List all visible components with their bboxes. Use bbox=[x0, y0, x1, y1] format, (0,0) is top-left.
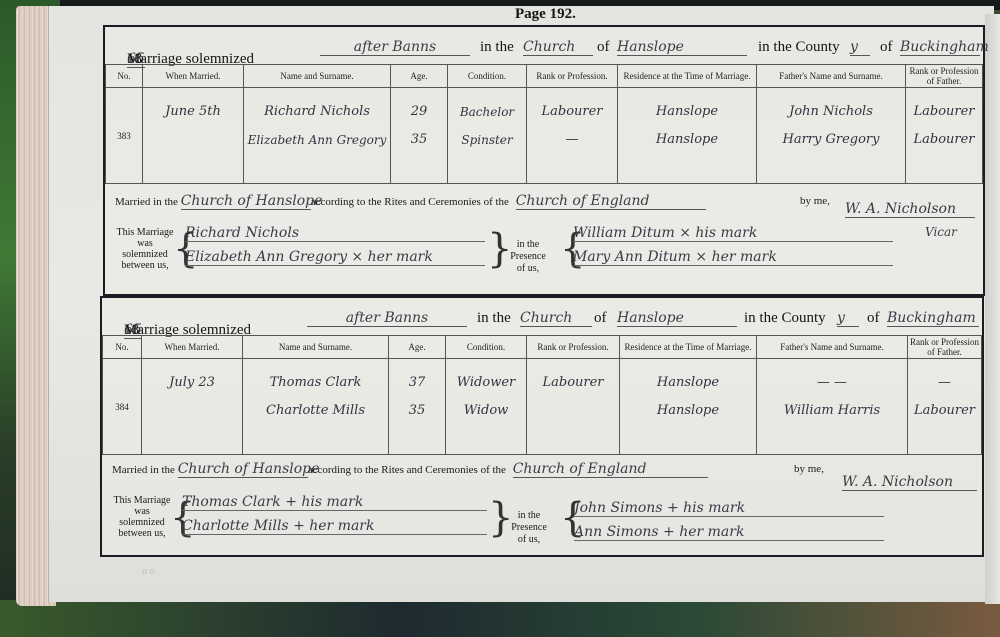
in-the-text: in the bbox=[504, 510, 554, 522]
page-number: Page 192. bbox=[515, 6, 576, 23]
groom-signature: Thomas Clark + his mark bbox=[182, 494, 487, 511]
of-us-text: of us, bbox=[503, 263, 553, 275]
presence-text: Presence bbox=[503, 251, 553, 263]
between-us-text: between us, bbox=[115, 260, 175, 271]
bride-residence: Hanslope bbox=[620, 397, 756, 425]
was-text: was bbox=[115, 238, 175, 249]
groom-age: 29 bbox=[391, 88, 447, 126]
bride-residence: Hanslope bbox=[618, 126, 756, 154]
col-name: Name and Surname. bbox=[244, 65, 391, 88]
married-in-line: Married in the Church of Hanslopeaccordi… bbox=[112, 461, 708, 478]
col-father-rank: Rank or Profession of Father. bbox=[908, 336, 982, 359]
col-condition: Condition. bbox=[446, 336, 527, 359]
in-the-label: in the bbox=[477, 310, 511, 327]
parish: Hanslope bbox=[617, 39, 747, 56]
ranks-cell: Labourer— bbox=[527, 88, 618, 184]
col-when: When Married. bbox=[142, 336, 243, 359]
this-marriage-label: This Marriage was solemnized between us, bbox=[112, 495, 172, 539]
groom-age: 37 bbox=[389, 359, 445, 397]
in-the-text: in the bbox=[503, 239, 553, 251]
according-to-label: according to the Rites and Ceremonies of… bbox=[308, 464, 506, 476]
groom-father-rank: — bbox=[908, 359, 981, 397]
father-ranks-cell: —Labourer bbox=[908, 359, 982, 455]
fathers-cell: John NicholsHarry Gregory bbox=[757, 88, 906, 184]
groom-rank: Labourer bbox=[527, 88, 617, 126]
col-father-rank: Rank or Profession of Father. bbox=[906, 65, 983, 88]
bride-signature: Elizabeth Ann Gregory × her mark bbox=[185, 249, 485, 266]
entry-number: 384 bbox=[103, 359, 142, 455]
bride-age: 35 bbox=[389, 397, 445, 425]
this-marriage-text: This Marriage bbox=[115, 227, 175, 238]
entry-table: No. When Married. Name and Surname. Age.… bbox=[102, 335, 982, 455]
entry-number: 383 bbox=[106, 88, 143, 184]
groom-father: John Nichols bbox=[757, 88, 905, 126]
witness-2-signature: Ann Simons + her mark bbox=[574, 524, 884, 541]
groom-father-rank: Labourer bbox=[906, 88, 982, 126]
groom-residence: Hanslope bbox=[620, 359, 756, 397]
groom-name: Richard Nichols bbox=[244, 88, 390, 126]
county-label: in the County bbox=[744, 310, 826, 327]
bride-father-rank: Labourer bbox=[908, 397, 981, 425]
county: Buckingham bbox=[900, 39, 980, 56]
married-in-place: Church of Hanslope bbox=[178, 461, 308, 478]
col-father-name: Father's Name and Surname. bbox=[757, 336, 908, 359]
ages-cell: 2935 bbox=[391, 88, 448, 184]
in-the-label: in the bbox=[480, 39, 514, 56]
groom-condition: Widower bbox=[446, 359, 526, 397]
names-cell: Richard NicholsElizabeth Ann Gregory bbox=[244, 88, 391, 184]
col-name: Name and Surname. bbox=[243, 336, 389, 359]
col-age: Age. bbox=[389, 336, 446, 359]
rites: Church of England bbox=[516, 193, 706, 210]
next-page-edge bbox=[985, 14, 1000, 604]
of-us-text: of us, bbox=[504, 534, 554, 546]
county-of-label: of bbox=[867, 310, 880, 327]
groom-residence: Hanslope bbox=[618, 88, 756, 126]
col-age: Age. bbox=[391, 65, 448, 88]
according-to-label: according to the Rites and Ceremonies of… bbox=[311, 196, 509, 208]
ranks-cell: Labourer bbox=[527, 359, 620, 455]
col-condition: Condition. bbox=[448, 65, 527, 88]
of-label: of bbox=[594, 310, 607, 327]
of-label: of bbox=[597, 39, 610, 56]
was-text: was bbox=[112, 506, 172, 517]
father-ranks-cell: LabourerLabourer bbox=[906, 88, 983, 184]
col-residence: Residence at the Time of Marriage. bbox=[618, 65, 757, 88]
married-in-place: Church of Hanslope bbox=[181, 193, 311, 210]
residences-cell: HanslopeHanslope bbox=[620, 359, 757, 455]
background-bottom bbox=[0, 600, 1000, 637]
bride-signature: Charlotte Mills + her mark bbox=[182, 518, 487, 535]
this-marriage-label: This Marriage was solemnized between us, bbox=[115, 227, 175, 271]
conditions-cell: WidowerWidow bbox=[446, 359, 527, 455]
marriage-entry-384: 1865 Marriage solemnized after Banns in … bbox=[100, 296, 984, 557]
witness-2-signature: Mary Ann Ditum × her mark bbox=[573, 249, 893, 266]
by-me-label: by me, bbox=[794, 463, 824, 475]
when-married: July 23 bbox=[142, 359, 242, 397]
rites: Church of England bbox=[513, 461, 708, 478]
when-married: June 5th bbox=[143, 88, 243, 126]
bride-condition: Widow bbox=[446, 397, 526, 425]
in-presence-label: in the Presence of us, bbox=[503, 239, 553, 275]
col-no: No. bbox=[103, 336, 142, 359]
by-me-label: by me, bbox=[800, 195, 830, 207]
county-suffix: y bbox=[850, 39, 870, 56]
col-when: When Married. bbox=[143, 65, 244, 88]
bride-father: William Harris bbox=[757, 397, 907, 425]
married-in-line: Married in the Church of Hanslopeaccordi… bbox=[115, 193, 706, 210]
county-suffix: y bbox=[837, 310, 859, 327]
col-residence: Residence at the Time of Marriage. bbox=[620, 336, 757, 359]
faint-mark: o o bbox=[142, 566, 155, 577]
bride-father-rank: Labourer bbox=[906, 126, 982, 154]
groom-name: Thomas Clark bbox=[243, 359, 388, 397]
table-row: 383 June 5th Richard NicholsElizabeth An… bbox=[106, 88, 983, 184]
county: Buckingham bbox=[887, 310, 979, 327]
witness-1-signature: William Ditum × his mark bbox=[573, 225, 893, 242]
groom-rank: Labourer bbox=[527, 359, 619, 397]
bride-age: 35 bbox=[391, 126, 447, 154]
officiant-signature: W. A. Nicholson bbox=[845, 201, 975, 218]
names-cell: Thomas ClarkCharlotte Mills bbox=[243, 359, 389, 455]
witness-1-signature: John Simons + his mark bbox=[574, 500, 884, 517]
when-married-cell: July 23 bbox=[142, 359, 243, 455]
bride-father: Harry Gregory bbox=[757, 126, 905, 154]
county-label: in the County bbox=[758, 39, 840, 56]
parish: Hanslope bbox=[617, 310, 737, 327]
col-rank: Rank or Profession. bbox=[527, 65, 618, 88]
presence-text: Presence bbox=[504, 522, 554, 534]
groom-signature: Richard Nichols bbox=[185, 225, 485, 242]
solemnized-text: solemnized bbox=[112, 517, 172, 528]
bride-name: Charlotte Mills bbox=[243, 397, 388, 425]
bride-rank: — bbox=[527, 126, 617, 154]
marriage-manner: after Banns bbox=[307, 310, 467, 327]
conditions-cell: BachelorSpinster bbox=[448, 88, 527, 184]
married-in-label: Married in the bbox=[115, 196, 178, 208]
entry-header: 1865 Marriage solemnized after Banns in … bbox=[102, 298, 982, 334]
married-in-label: Married in the bbox=[112, 464, 175, 476]
place-type: Church bbox=[523, 39, 593, 56]
this-marriage-text: This Marriage bbox=[112, 495, 172, 506]
col-father-name: Father's Name and Surname. bbox=[757, 65, 906, 88]
col-no: No. bbox=[106, 65, 143, 88]
bride-condition: Spinster bbox=[448, 126, 526, 154]
county-of-label: of bbox=[880, 39, 893, 56]
marriage-entry-383: 1865 Marriage solemnized after Banns in … bbox=[103, 25, 985, 296]
officiant-signature: W. A. Nicholson bbox=[842, 474, 977, 491]
table-row: 384 July 23 Thomas ClarkCharlotte Mills … bbox=[103, 359, 982, 455]
officiant-title: Vicar bbox=[925, 225, 957, 239]
place-type: Church bbox=[520, 310, 592, 327]
marriage-manner: after Banns bbox=[320, 39, 470, 56]
entry-table: No. When Married. Name and Surname. Age.… bbox=[105, 64, 983, 184]
col-rank: Rank or Profession. bbox=[527, 336, 620, 359]
when-married-cell: June 5th bbox=[143, 88, 244, 184]
between-us-text: between us, bbox=[112, 528, 172, 539]
groom-father: — — bbox=[757, 359, 907, 397]
entry-header: 1865 Marriage solemnized after Banns in … bbox=[105, 27, 983, 63]
residences-cell: HanslopeHanslope bbox=[618, 88, 757, 184]
solemnized-text: solemnized bbox=[115, 249, 175, 260]
ages-cell: 3735 bbox=[389, 359, 446, 455]
groom-condition: Bachelor bbox=[448, 88, 526, 126]
fathers-cell: — —William Harris bbox=[757, 359, 908, 455]
in-presence-label: in the Presence of us, bbox=[504, 510, 554, 546]
bride-name: Elizabeth Ann Gregory bbox=[244, 126, 390, 154]
